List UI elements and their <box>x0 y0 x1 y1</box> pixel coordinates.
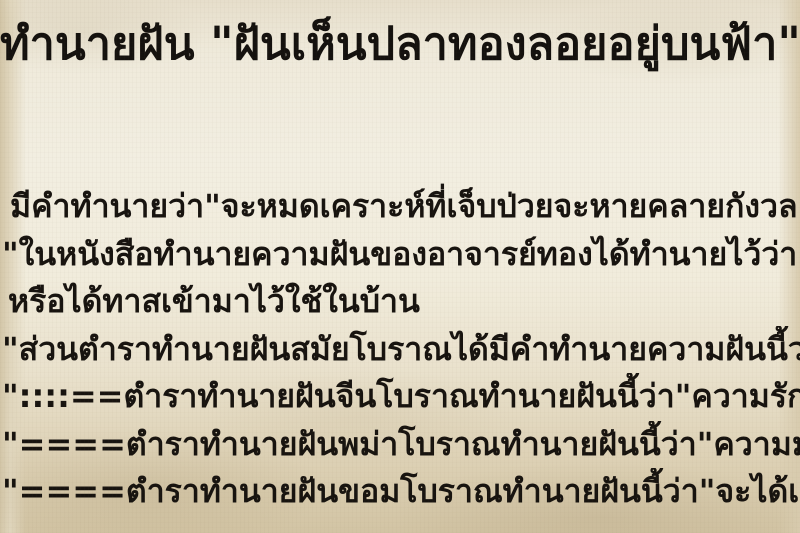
body-line: "====ตำราทำนายฝันขอมโบราณทำนายฝันนี้ว่า"… <box>0 468 800 516</box>
body-line: "ส่วนตำราทำนายฝันสมัยโบราณได้มีคำทำนายคว… <box>0 326 800 374</box>
interpretation-text-block: มีคำทำนายว่า"จะหมดเคราะห์ที่เจ็บป่วยจะหา… <box>0 183 800 516</box>
dream-interpretation-page: ทำนายฝัน "ฝันเห็นปลาทองลอยอยู่บนฟ้า" มีค… <box>0 0 800 533</box>
body-line: "ในหนังสือทำนายความฝันของอาจารย์ทองได้ทำ… <box>0 231 800 279</box>
body-line: "====ตำราทำนายฝันพม่าโบราณทำนายฝันนี้ว่า… <box>0 421 800 469</box>
body-line: "::::==ตำราทำนายฝันจีนโบราณทำนายฝันนี้ว่… <box>0 373 800 421</box>
body-line: มีคำทำนายว่า"จะหมดเคราะห์ที่เจ็บป่วยจะหา… <box>0 183 800 231</box>
body-line: หรือได้ทาสเข้ามาไว้ใช้ในบ้าน <box>0 278 800 326</box>
page-title: ทำนายฝัน "ฝันเห็นปลาทองลอยอยู่บนฟ้า" <box>0 14 800 75</box>
